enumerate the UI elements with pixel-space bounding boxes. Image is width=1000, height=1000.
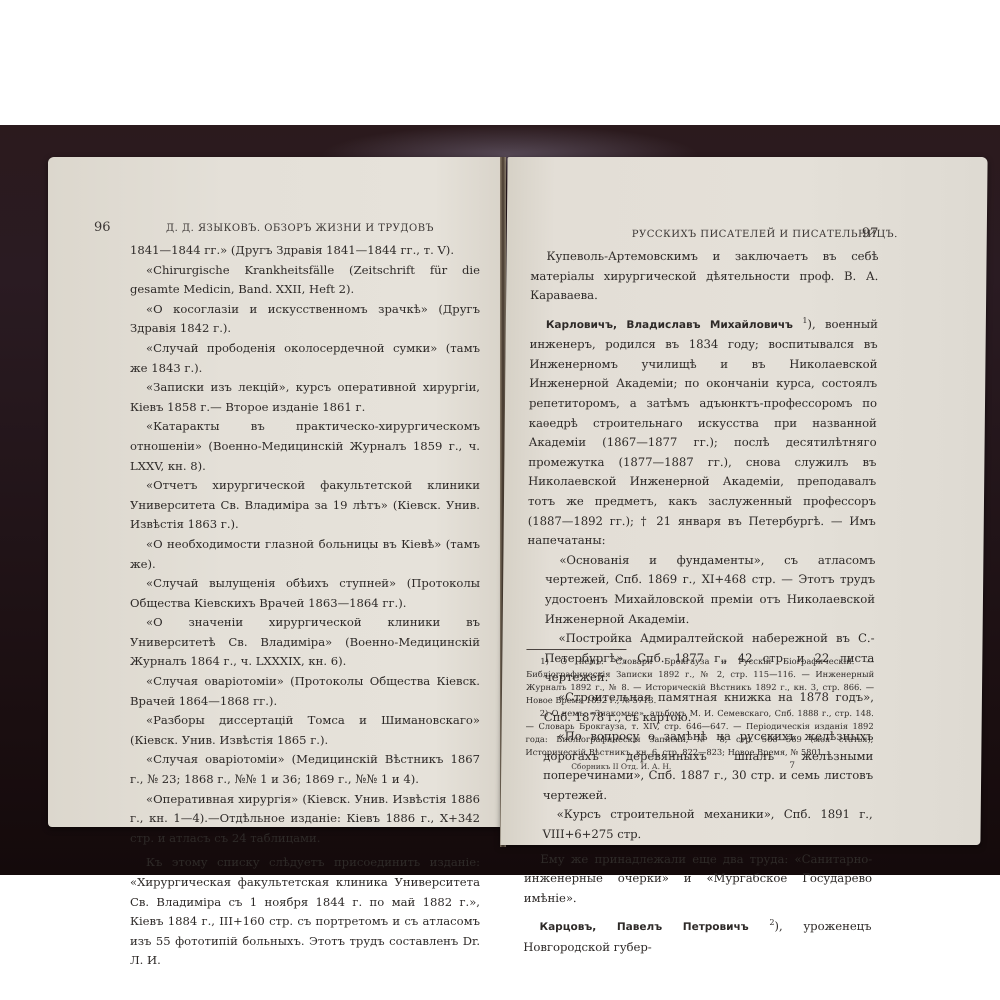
paragraph: «Оперативная хирургія» (Кіевск. Унив. Из… (130, 790, 480, 849)
left-page: 96 Д. Д. ЯЗЫКОВЪ. ОБЗОРЪ ЖИЗНИ И ТРУДОВЪ… (48, 157, 502, 827)
paragraph: «Случай вылущенія обѣихъ ступней» (Прото… (130, 574, 480, 613)
right-page-text: Купеволь-Артемовскимъ и заключаетъ въ се… (523, 247, 878, 958)
paragraph: «Катаракты въ практическо-хирургическомъ… (130, 417, 480, 476)
entry-kartsov: Карцовъ, Павелъ Петровичъ 2), уроженецъ … (523, 913, 871, 957)
closing-paragraph: Ему же принадлежали еще два труда: «Сани… (524, 850, 873, 909)
paragraph: «О значеніи хирургической клиники въ Уни… (130, 613, 480, 672)
paragraph: «О косоглазіи и искусственномъ зрачкѣ» (… (130, 300, 480, 339)
footnotes: 1) О немъ: Словари Брокгауза и Русскій Б… (525, 655, 874, 759)
paragraph: «Chirurgische Krankheitsfälle (Zeitschri… (130, 261, 480, 300)
entry-name: Карловичъ, Владиславъ Михайловичъ (546, 319, 793, 331)
work-item: «Основанія и фундаменты», съ атласомъ че… (527, 551, 876, 629)
footnote-rule (526, 649, 626, 650)
left-page-text: 1841—1844 гг.» (Другъ Здравія 1841—1844 … (130, 241, 480, 971)
signature-number: 7 (789, 761, 795, 771)
intro-paragraph: Купеволь-Артемовскимъ и заключаетъ въ се… (530, 247, 879, 306)
paragraph: «Отчетъ хирургической факультетской клин… (130, 476, 480, 535)
paragraph: «Случай прободенія околосердечной сумки»… (130, 339, 480, 378)
footnote: 1) О немъ: Словари Брокгауза и Русскій Б… (526, 655, 875, 707)
page-number-left: 96 (94, 220, 111, 235)
signature-mark: Сборникъ II Отд. И. А. Н. (571, 762, 671, 771)
paragraph: «Случая оваріотоміи» (Медицинскій Вѣстни… (130, 750, 480, 789)
paragraph: «Записки изъ лекцій», курсъ оперативной … (130, 378, 480, 417)
running-head-right: РУССКИХЪ ПИСАТЕЛЕЙ И ПИСАТЕЛЬНИЦЪ. (632, 229, 898, 240)
paragraph: «Разборы диссертацій Томса и Шимановскаг… (130, 711, 480, 750)
entry-text: ), военный инженеръ, родился въ 1834 год… (528, 317, 878, 548)
paragraph: «Случая оваріотоміи» (Протоколы Общества… (130, 672, 480, 711)
entry-karlovich: Карловичъ, Владиславъ Михайловичъ 1), во… (527, 311, 878, 551)
work-item: «Курсъ строительной механики», Спб. 1891… (524, 805, 872, 844)
paragraph: 1841—1844 гг.» (Другъ Здравія 1841—1844 … (130, 241, 480, 261)
paragraph: «О необходимости глазной больницы въ Кіе… (130, 535, 480, 574)
page-number-right: 97 (862, 226, 879, 241)
paragraph: Къ этому списку слѣдуетъ присоединить из… (130, 853, 480, 971)
right-page: РУССКИХЪ ПИСАТЕЛЕЙ И ПИСАТЕЛЬНИЦЪ. 97 Ку… (500, 157, 987, 845)
footnote: 2) О немъ: «Знакомые», альбомъ М. И. Сем… (525, 707, 874, 759)
running-head-left: Д. Д. ЯЗЫКОВЪ. ОБЗОРЪ ЖИЗНИ И ТРУДОВЪ (166, 223, 434, 234)
entry-name: Карцовъ, Павелъ Петровичъ (539, 921, 748, 933)
